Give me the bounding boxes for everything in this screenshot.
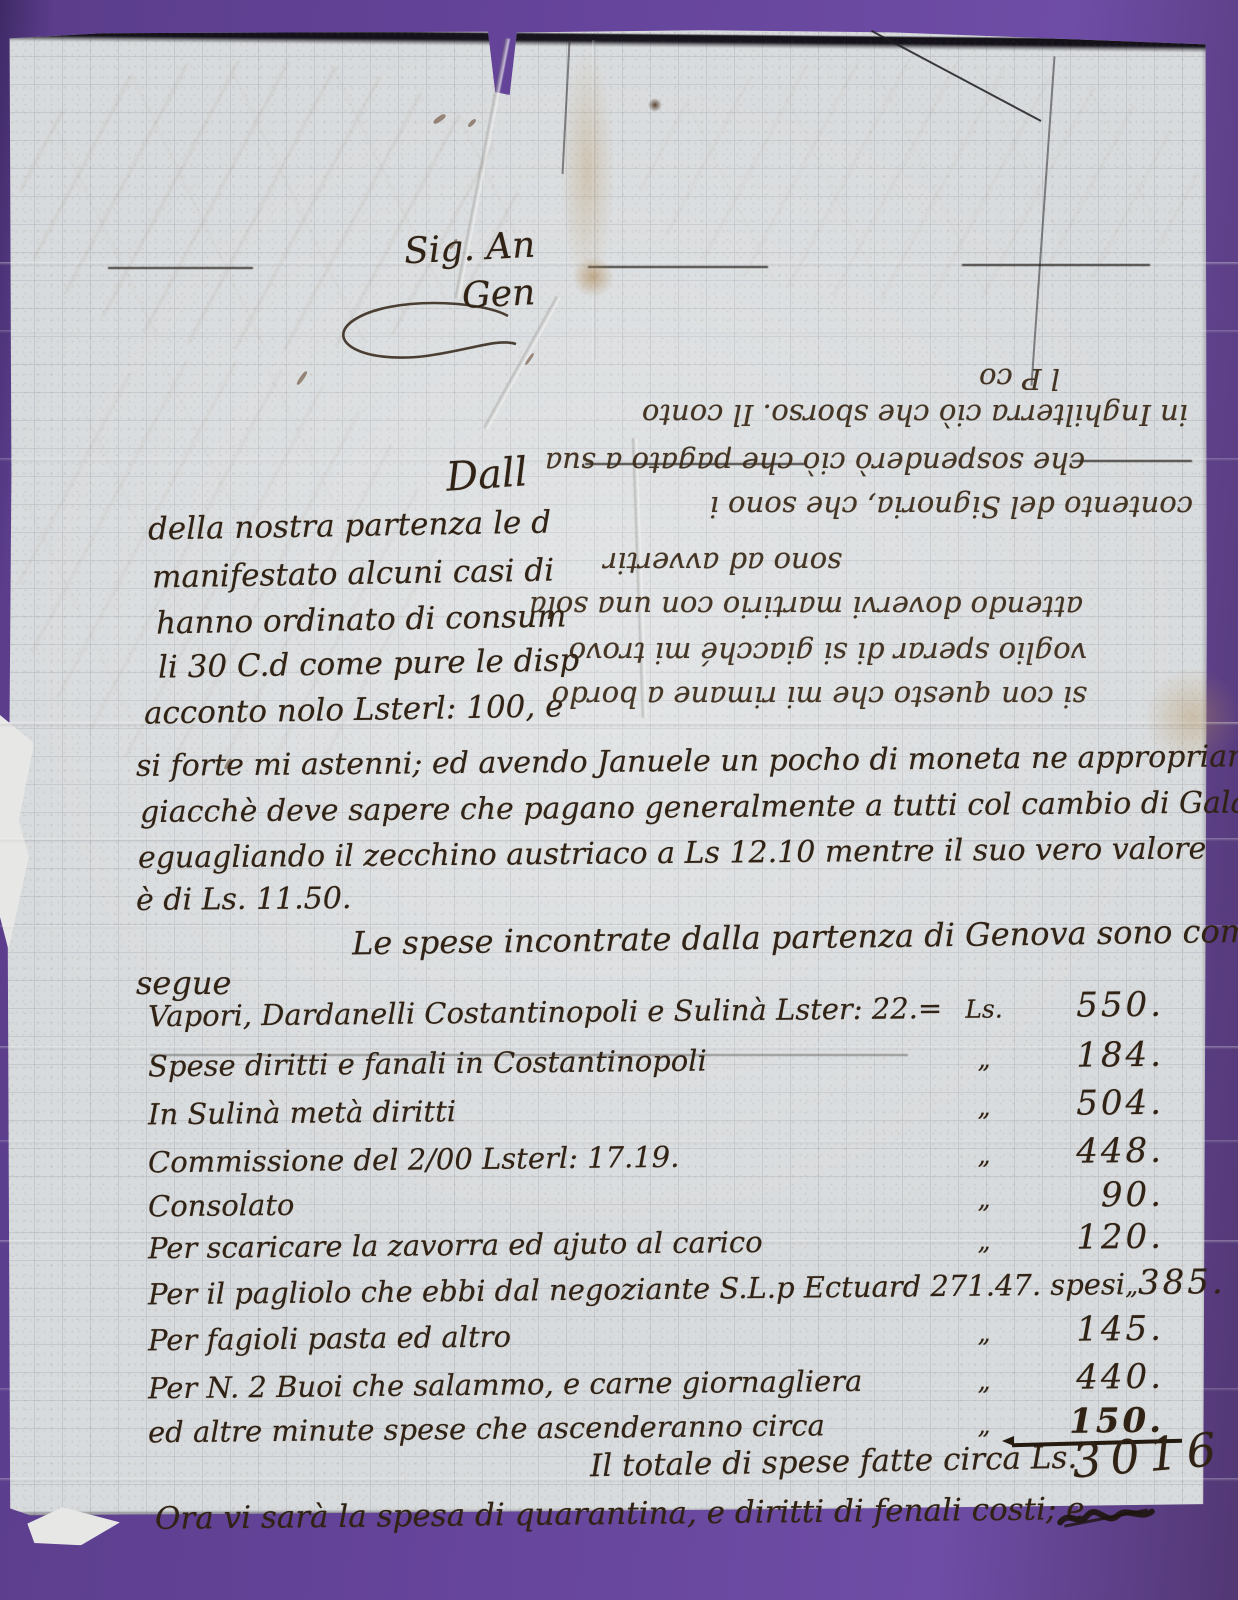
verso-flap-line: si con questo che mi rimane a bordo: [552, 680, 1087, 714]
ditto-mark: „: [954, 1318, 1014, 1348]
ditto-mark: „: [954, 1184, 1014, 1214]
expense-description: Commissione del 2/00 Lsterl: 17.19.: [148, 1137, 954, 1179]
verso-flap-line: attendo dovervi martirio con una sola: [518, 590, 1083, 624]
ink-scribble: [1055, 1497, 1157, 1536]
verso-flap-line: sono ad avvertir: [552, 546, 842, 580]
ditto-mark: „: [954, 1092, 1014, 1122]
letter-line: è di Ls. 11.50.: [136, 881, 352, 918]
expense-amount: 145.: [1014, 1309, 1170, 1351]
expense-amount: 184.: [1014, 1035, 1170, 1077]
expense-description: Spese diritti e fanali in Costantinopoli: [148, 1041, 954, 1083]
currency-label: Ls.: [954, 994, 1014, 1024]
expense-amount: 385.: [1138, 1262, 1232, 1303]
letter-line: hanno ordinato di consum: [156, 598, 567, 641]
ditto-mark: „: [954, 1140, 1014, 1170]
address-line-1: Sig. An: [403, 225, 536, 273]
letter-line: della nostra partenza le d: [148, 504, 552, 547]
expense-description: Consolato: [148, 1181, 954, 1223]
paper-top-edge-shadow: [0, 28, 1236, 53]
expense-description: Per scaricare la zavorra ed ajuto al car…: [148, 1223, 954, 1265]
fox-stain: [572, 256, 614, 298]
verso-flap-line: voglio sperar di si giacché mi trovo: [542, 636, 1087, 670]
verso-flap-line: l P co: [640, 362, 1060, 396]
letter-line: manifestato alcuni casi di: [152, 552, 555, 595]
pen-flourish: [330, 298, 520, 370]
expense-amount: 440.: [1014, 1357, 1170, 1399]
letter-line: li 30 C.d come pure le disp: [158, 642, 580, 685]
ditto-mark: „: [954, 1226, 1014, 1256]
expense-description: Vapori, Dardanelli Costantinopoli e Suli…: [148, 991, 954, 1033]
scanned-letter-photo: Sig. An Gen Dall della nostra partenza l…: [0, 0, 1238, 1600]
expense-description: Per fagioli pasta ed altro: [148, 1315, 954, 1357]
expense-amount: 550.: [1014, 985, 1170, 1027]
opening-fragment: Dall: [444, 449, 529, 501]
verso-flap-line: che sospenderò ciò che pagato a sua: [540, 446, 1085, 480]
expense-amount: 120.: [1014, 1217, 1170, 1259]
ditto-mark: „: [954, 1044, 1014, 1074]
expense-description: ed altre minute spese che ascenderanno c…: [148, 1407, 954, 1449]
ditto-mark: „: [1125, 1271, 1138, 1300]
expense-amount: 448.: [1014, 1131, 1170, 1173]
expense-description: Per N. 2 Buoi che salammo, e carne giorn…: [148, 1363, 954, 1405]
crease-dash: [1072, 460, 1192, 462]
ink-blot: [648, 98, 662, 112]
verso-flap-line: contento del Signoria, che sono i: [548, 490, 1193, 524]
expense-description: In Sulinà metà diritti: [148, 1089, 954, 1131]
ditto-mark: „: [954, 1366, 1014, 1396]
expense-amount: 90.: [1014, 1175, 1170, 1217]
verso-flap-line: in Inghilterra ciò che sborso. Il conto: [548, 398, 1188, 432]
letter-line: acconto nolo Lsterl: 100, e: [144, 688, 564, 731]
expense-amount: 504.: [1014, 1083, 1170, 1125]
